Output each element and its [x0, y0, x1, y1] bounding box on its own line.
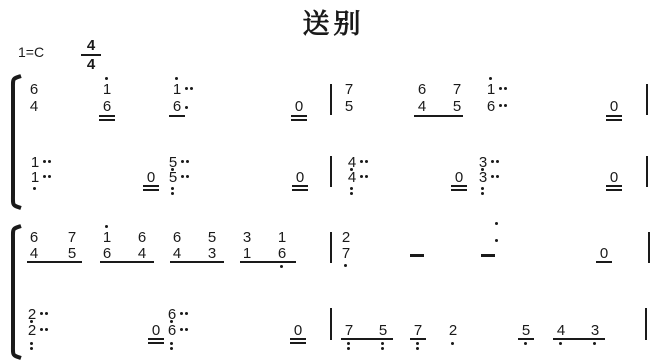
- underline: [292, 185, 308, 187]
- underline: [99, 115, 115, 117]
- augmentation-dots: [185, 87, 188, 90]
- note: 7: [343, 83, 355, 96]
- augmentation-dots: [181, 175, 184, 178]
- octave-dot-above: [495, 222, 498, 225]
- note: 6: [136, 231, 148, 244]
- note: 3: [477, 156, 489, 169]
- octave-dot-below: [481, 187, 484, 190]
- barline: [645, 308, 647, 340]
- barline: [330, 84, 332, 115]
- rest-note: 0: [150, 324, 162, 337]
- augmentation-dots: [499, 104, 502, 107]
- octave-dot-below: [559, 342, 562, 345]
- octave-dot-below: [33, 187, 36, 190]
- note: 2: [447, 324, 459, 337]
- note: 4: [346, 171, 358, 184]
- note: 6: [28, 231, 40, 244]
- octave-dot-below: [350, 187, 353, 190]
- underline: [148, 342, 164, 344]
- system-bracket: [5, 74, 23, 210]
- note: 7: [66, 231, 78, 244]
- rest-note: 0: [294, 171, 306, 184]
- note: 4: [136, 247, 148, 260]
- key-signature: 1=C: [18, 44, 44, 60]
- rest-note: 0: [608, 100, 620, 113]
- note: 7: [343, 324, 355, 337]
- note: 7: [451, 83, 463, 96]
- underline: [451, 189, 467, 191]
- note: 6: [485, 100, 497, 113]
- time-signature-denominator: 4: [80, 57, 102, 72]
- underline: [99, 119, 115, 121]
- dash: [481, 254, 495, 257]
- octave-dot-above: [175, 77, 178, 80]
- underline: [291, 115, 307, 117]
- octave-dot-below: [381, 342, 384, 345]
- augmentation-dots: [185, 106, 188, 109]
- note: 6: [101, 100, 113, 113]
- underline: [290, 342, 306, 344]
- beam: [553, 338, 605, 340]
- note: 1: [101, 83, 113, 96]
- underline: [451, 185, 467, 187]
- octave-dot-below: [280, 265, 283, 268]
- note: 5: [451, 100, 463, 113]
- barline: [330, 308, 332, 340]
- note: 4: [346, 156, 358, 169]
- augmentation-dots: [360, 175, 363, 178]
- dash: [410, 254, 424, 257]
- note: 3: [589, 324, 601, 337]
- octave-dot-below: [451, 342, 454, 345]
- note: 1: [29, 171, 41, 184]
- underline: [518, 338, 534, 340]
- page-title: 送别: [0, 2, 667, 41]
- note: 5: [66, 247, 78, 260]
- note: 1: [101, 231, 113, 244]
- note: 7: [412, 324, 424, 337]
- augmentation-dots: [180, 328, 183, 331]
- note: 4: [171, 247, 183, 260]
- note: 6: [416, 83, 428, 96]
- augmentation-dots: [43, 175, 46, 178]
- underline: [291, 119, 307, 121]
- beam: [341, 338, 393, 340]
- note: 3: [477, 171, 489, 184]
- note: 7: [340, 247, 352, 260]
- underline: [143, 189, 159, 191]
- augmentation-dots: [499, 87, 502, 90]
- barline: [330, 156, 332, 187]
- note: 1: [276, 231, 288, 244]
- note: 4: [555, 324, 567, 337]
- note: 5: [377, 324, 389, 337]
- note: 4: [416, 100, 428, 113]
- time-signature-numerator: 4: [80, 38, 102, 53]
- note: 3: [206, 247, 218, 260]
- note: 2: [26, 324, 38, 337]
- augmentation-dots: [43, 160, 46, 163]
- note: 6: [166, 308, 178, 321]
- beam: [100, 261, 154, 263]
- octave-dot-below: [416, 342, 419, 345]
- octave-dot-above: [489, 77, 492, 80]
- underline: [596, 261, 612, 263]
- beam: [240, 261, 296, 263]
- barline: [646, 84, 648, 115]
- note: 6: [166, 324, 178, 337]
- underline: [606, 119, 622, 121]
- rest-note: 0: [598, 247, 610, 260]
- augmentation-dots: [40, 328, 43, 331]
- octave-dot-below: [344, 264, 347, 267]
- note: 1: [485, 83, 497, 96]
- note: 4: [28, 247, 40, 260]
- octave-dot-below: [30, 342, 33, 345]
- rest-note: 0: [292, 324, 304, 337]
- underline: [292, 189, 308, 191]
- octave-dot-below: [524, 342, 527, 345]
- underline: [148, 338, 164, 340]
- note: 5: [167, 156, 179, 169]
- augmentation-dots: [360, 160, 363, 163]
- augmentation-dots: [491, 175, 494, 178]
- note: 1: [241, 247, 253, 260]
- note: 3: [241, 231, 253, 244]
- note: 6: [101, 247, 113, 260]
- octave-dot-below: [170, 342, 173, 345]
- note: 2: [26, 308, 38, 321]
- note: 6: [276, 247, 288, 260]
- note: 6: [171, 100, 183, 113]
- rest-note: 0: [453, 171, 465, 184]
- octave-dot-above: [495, 239, 498, 242]
- underline: [143, 185, 159, 187]
- underline: [410, 338, 426, 340]
- augmentation-dots: [181, 160, 184, 163]
- octave-dot-below: [171, 187, 174, 190]
- note: 5: [520, 324, 532, 337]
- rest-note: 0: [293, 100, 305, 113]
- score-sheet: 送别 1=C 4 4 6 4 1 6 1 6 0 7 5 6 4 7 5: [0, 0, 667, 360]
- octave-dot-above: [105, 77, 108, 80]
- note: 5: [167, 171, 179, 184]
- barline: [330, 232, 332, 263]
- underline: [606, 185, 622, 187]
- note: 6: [171, 231, 183, 244]
- underline: [606, 189, 622, 191]
- rest-note: 0: [145, 171, 157, 184]
- underline: [290, 338, 306, 340]
- note: 1: [29, 156, 41, 169]
- system-bracket: [5, 224, 23, 360]
- note: 5: [206, 231, 218, 244]
- barline: [648, 232, 650, 263]
- note: 6: [28, 83, 40, 96]
- barline: [646, 156, 648, 187]
- octave-dot-below: [593, 342, 596, 345]
- note: 2: [340, 231, 352, 244]
- underline: [169, 115, 185, 117]
- rest-note: 0: [608, 171, 620, 184]
- underline: [606, 115, 622, 117]
- note: 5: [343, 100, 355, 113]
- beam: [414, 115, 463, 117]
- note: 4: [28, 100, 40, 113]
- beam: [27, 261, 82, 263]
- octave-dot-above: [105, 225, 108, 228]
- augmentation-dots: [491, 160, 494, 163]
- beam: [170, 261, 224, 263]
- augmentation-dots: [40, 312, 43, 315]
- octave-dot-below: [347, 342, 350, 345]
- note: 1: [171, 83, 183, 96]
- augmentation-dots: [180, 312, 183, 315]
